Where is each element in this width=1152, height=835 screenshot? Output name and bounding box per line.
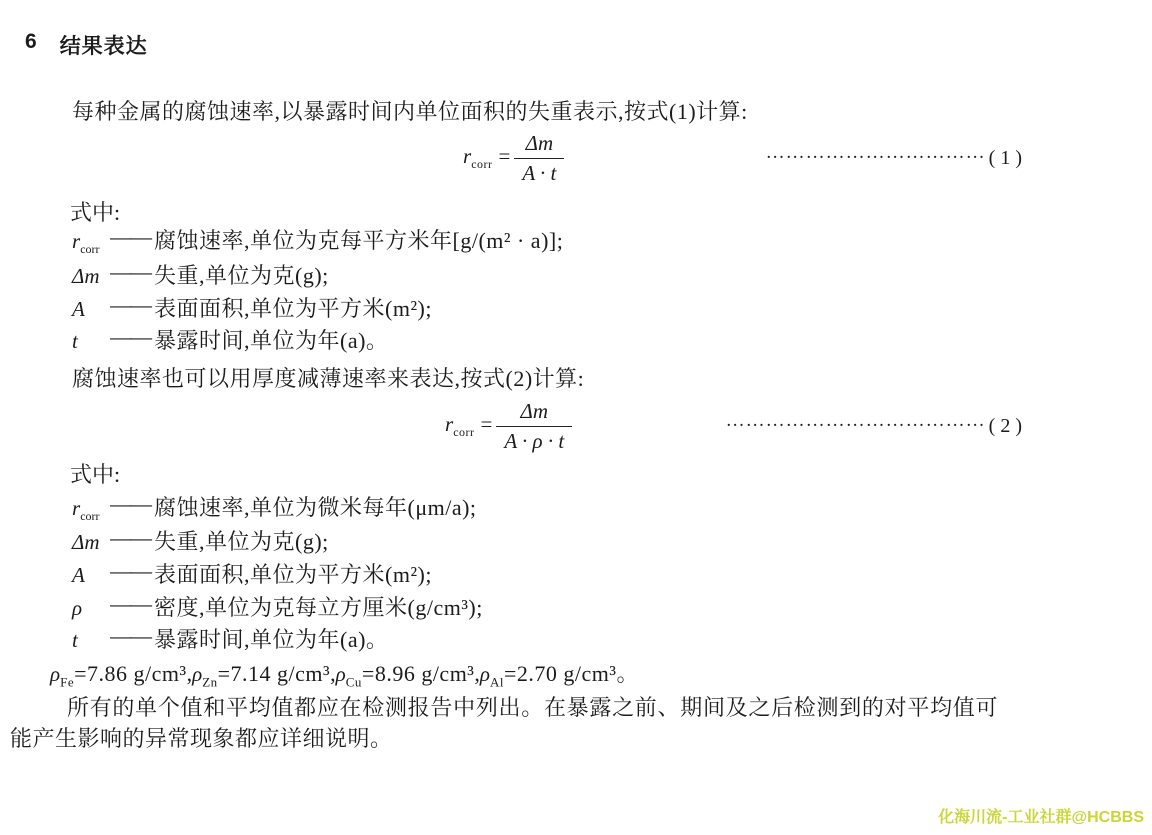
formula-1-lhs: rcorr= xyxy=(463,144,514,172)
def-var: rcorr xyxy=(72,229,110,257)
formula-2-var: r xyxy=(445,412,453,436)
var-symbol: r xyxy=(72,229,80,253)
var-subscript: corr xyxy=(80,509,99,523)
formula-1: rcorr= Δm A · t ………………………………… ( 1 ) xyxy=(463,127,1022,189)
definition-row: rcorr——腐蚀速率,单位为微米每年(μm/a); xyxy=(72,491,477,524)
def-desc: 表面面积,单位为平方米(m²); xyxy=(154,562,432,587)
rho-symbol: ρ xyxy=(192,662,202,686)
document-page: 6 结果表达 每种金属的腐蚀速率,以暴露时间内单位面积的失重表示,按式(1)计算… xyxy=(0,0,1152,835)
density-cu: ρCu=8.96 g/cm³, xyxy=(336,661,480,686)
def-var: A xyxy=(72,297,110,325)
rho-symbol: ρ xyxy=(480,662,490,686)
def-dash: —— xyxy=(110,525,154,551)
def-var: Δm xyxy=(72,530,110,558)
formula-1-var: r xyxy=(463,144,471,168)
formula-1-number: ( 1 ) xyxy=(986,147,1022,170)
formula-1-subscript: corr xyxy=(471,157,492,171)
def-var: t xyxy=(72,329,110,357)
section-heading: 6 结果表达 xyxy=(25,30,148,60)
definition-row: t——暴露时间,单位为年(a)。 xyxy=(72,623,388,656)
def-desc: 腐蚀速率,单位为克每平方米年[g/(m² · a)]; xyxy=(154,228,563,253)
var-symbol: A xyxy=(72,297,85,321)
leader-dots: ………………………………… xyxy=(726,415,986,432)
where-label-2: 式中: xyxy=(70,458,120,489)
var-symbol: r xyxy=(72,496,80,520)
def-var: t xyxy=(72,628,110,656)
def-dash: —— xyxy=(110,259,154,285)
rho-value: =7.14 g/cm³ xyxy=(218,661,331,686)
var-subscript: corr xyxy=(80,242,99,256)
formula-2-lhs: rcorr= xyxy=(445,412,496,440)
formula-2-numerator: Δm xyxy=(496,399,572,426)
def-dash: —— xyxy=(110,591,154,617)
definition-row: Δm——失重,单位为克(g); xyxy=(72,525,329,558)
rho-value: =7.86 g/cm³ xyxy=(74,661,187,686)
rho-value: =2.70 g/cm³ xyxy=(504,661,617,686)
formula-1-denominator: A · t xyxy=(514,159,564,185)
second-paragraph: 腐蚀速率也可以用厚度减薄速率来表达,按式(2)计算: xyxy=(72,362,584,393)
var-symbol: Δm xyxy=(72,530,100,554)
closing-paragraph: 所有的单个值和平均值都应在检测报告中列出。在暴露之前、期间及之后检测到的对平均值… xyxy=(10,692,998,754)
definition-row: A——表面面积,单位为平方米(m²); xyxy=(72,558,432,591)
leader-dots: ………………………………… xyxy=(764,147,986,164)
var-symbol: A xyxy=(72,563,85,587)
def-desc: 密度,单位为克每立方厘米(g/cm³); xyxy=(154,595,483,620)
var-symbol: t xyxy=(72,628,78,652)
def-var: ρ xyxy=(72,596,110,624)
var-symbol: Δm xyxy=(72,264,100,288)
definition-row: rcorr——腐蚀速率,单位为克每平方米年[g/(m² · a)]; xyxy=(72,224,563,257)
def-dash: —— xyxy=(110,292,154,318)
def-dash: —— xyxy=(110,324,154,350)
rho-subscript: Al xyxy=(490,674,504,689)
equals-sign: = xyxy=(475,412,497,436)
formula-2-denominator: A · ρ · t xyxy=(496,427,572,453)
rho-symbol: ρ xyxy=(336,662,346,686)
definition-row: A——表面面积,单位为平方米(m²); xyxy=(72,292,432,325)
def-var: rcorr xyxy=(72,496,110,524)
rho-subscript: Cu xyxy=(346,674,362,689)
density-zn: ρZn=7.14 g/cm³, xyxy=(192,661,336,686)
var-symbol: t xyxy=(72,329,78,353)
def-desc: 失重,单位为克(g); xyxy=(154,263,329,288)
var-symbol: ρ xyxy=(72,596,82,620)
dot-leader: ………………………………… xyxy=(713,415,986,437)
formula-1-fraction: Δm A · t xyxy=(514,131,564,184)
formula-2-fraction: Δm A · ρ · t xyxy=(496,399,572,452)
rho-subscript: Fe xyxy=(60,674,74,689)
watermark: 化海川流-工业社群@HCBBS xyxy=(938,804,1144,827)
equals-sign: = xyxy=(493,144,515,168)
intro-paragraph: 每种金属的腐蚀速率,以暴露时间内单位面积的失重表示,按式(1)计算: xyxy=(72,95,748,126)
def-dash: —— xyxy=(110,558,154,584)
definition-row: Δm——失重,单位为克(g); xyxy=(72,259,329,292)
section-number: 6 xyxy=(25,30,38,60)
def-desc: 表面面积,单位为平方米(m²); xyxy=(154,296,432,321)
formula-2-number: ( 2 ) xyxy=(986,415,1022,438)
def-desc: 暴露时间,单位为年(a)。 xyxy=(154,627,388,652)
definition-row: ρ——密度,单位为克每立方厘米(g/cm³); xyxy=(72,591,483,624)
def-dash: —— xyxy=(110,491,154,517)
def-dash: —— xyxy=(110,623,154,649)
density-al: ρAl=2.70 g/cm³。 xyxy=(480,661,639,686)
density-values-line: ρFe=7.86 g/cm³,ρZn=7.14 g/cm³,ρCu=8.96 g… xyxy=(50,657,639,690)
section-title: 结果表达 xyxy=(60,30,148,60)
rho-symbol: ρ xyxy=(50,662,60,686)
rho-value: =8.96 g/cm³ xyxy=(362,661,475,686)
def-var: Δm xyxy=(72,264,110,292)
definition-row: t——暴露时间,单位为年(a)。 xyxy=(72,324,388,357)
separator: 。 xyxy=(617,661,639,686)
density-fe: ρFe=7.86 g/cm³, xyxy=(50,661,192,686)
formula-2: rcorr= Δm A · ρ · t ………………………………… ( 2 ) xyxy=(445,395,1022,457)
def-dash: —— xyxy=(110,224,154,250)
def-desc: 失重,单位为克(g); xyxy=(154,529,329,554)
rho-subscript: Zn xyxy=(202,674,217,689)
formula-2-subscript: corr xyxy=(453,425,474,439)
formula-1-numerator: Δm xyxy=(514,131,564,158)
where-label-1: 式中: xyxy=(70,196,120,227)
def-desc: 暴露时间,单位为年(a)。 xyxy=(154,328,388,353)
def-desc: 腐蚀速率,单位为微米每年(μm/a); xyxy=(154,495,477,520)
dot-leader: ………………………………… xyxy=(764,147,986,169)
def-var: A xyxy=(72,563,110,591)
